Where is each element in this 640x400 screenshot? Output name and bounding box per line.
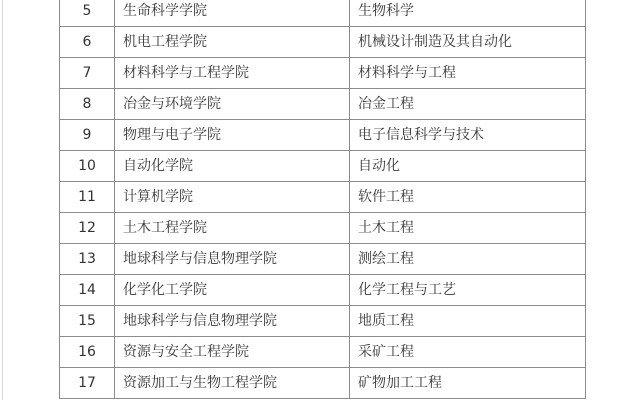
school-name: 资源与安全工程学院 [115, 337, 350, 368]
row-number: 6 [60, 27, 115, 58]
table-row: 14 化学化工学院 化学工程与工艺 [60, 275, 586, 306]
major-name: 地质工程 [350, 306, 586, 337]
row-number: 11 [60, 182, 115, 213]
major-name: 矿物加工工程 [350, 368, 586, 399]
school-major-table-container: 5 生命科学学院 生物科学 6 机电工程学院 机械设计制造及其自动化 7 材料科… [59, 0, 586, 399]
row-number: 12 [60, 213, 115, 244]
major-name: 电子信息科学与技术 [350, 120, 586, 151]
school-name: 机电工程学院 [115, 27, 350, 58]
row-number: 9 [60, 120, 115, 151]
school-major-table: 5 生命科学学院 生物科学 6 机电工程学院 机械设计制造及其自动化 7 材料科… [59, 0, 586, 399]
row-number: 13 [60, 244, 115, 275]
table-row: 7 材料科学与工程学院 材料科学与工程 [60, 58, 586, 89]
table-row: 9 物理与电子学院 电子信息科学与技术 [60, 120, 586, 151]
major-name: 自动化 [350, 151, 586, 182]
row-number: 14 [60, 275, 115, 306]
table-row: 8 冶金与环境学院 冶金工程 [60, 89, 586, 120]
major-name: 土木工程 [350, 213, 586, 244]
document-page: 5 生命科学学院 生物科学 6 机电工程学院 机械设计制造及其自动化 7 材料科… [0, 0, 640, 400]
table-row: 15 地球科学与信息物理学院 地质工程 [60, 306, 586, 337]
table-row: 13 地球科学与信息物理学院 测绘工程 [60, 244, 586, 275]
row-number: 16 [60, 337, 115, 368]
major-name: 材料科学与工程 [350, 58, 586, 89]
table-row: 11 计算机学院 软件工程 [60, 182, 586, 213]
major-name: 测绘工程 [350, 244, 586, 275]
table-row: 16 资源与安全工程学院 采矿工程 [60, 337, 586, 368]
school-name: 资源加工与生物工程学院 [115, 368, 350, 399]
school-name: 材料科学与工程学院 [115, 58, 350, 89]
major-name: 机械设计制造及其自动化 [350, 27, 586, 58]
table-row: 12 土木工程学院 土木工程 [60, 213, 586, 244]
school-name: 物理与电子学院 [115, 120, 350, 151]
school-name: 生命科学学院 [115, 0, 350, 27]
school-name: 计算机学院 [115, 182, 350, 213]
major-name: 采矿工程 [350, 337, 586, 368]
table-row: 17 资源加工与生物工程学院 矿物加工工程 [60, 368, 586, 399]
row-number: 7 [60, 58, 115, 89]
row-number: 15 [60, 306, 115, 337]
major-name: 软件工程 [350, 182, 586, 213]
school-name: 土木工程学院 [115, 213, 350, 244]
table-row: 10 自动化学院 自动化 [60, 151, 586, 182]
page-edge-divider [2, 0, 3, 400]
row-number: 10 [60, 151, 115, 182]
row-number: 5 [60, 0, 115, 27]
major-name: 化学工程与工艺 [350, 275, 586, 306]
table-row: 5 生命科学学院 生物科学 [60, 0, 586, 27]
school-name: 化学化工学院 [115, 275, 350, 306]
school-name: 地球科学与信息物理学院 [115, 306, 350, 337]
school-name: 地球科学与信息物理学院 [115, 244, 350, 275]
major-name: 冶金工程 [350, 89, 586, 120]
major-name: 生物科学 [350, 0, 586, 27]
row-number: 17 [60, 368, 115, 399]
row-number: 8 [60, 89, 115, 120]
school-name: 自动化学院 [115, 151, 350, 182]
school-name: 冶金与环境学院 [115, 89, 350, 120]
table-row: 6 机电工程学院 机械设计制造及其自动化 [60, 27, 586, 58]
